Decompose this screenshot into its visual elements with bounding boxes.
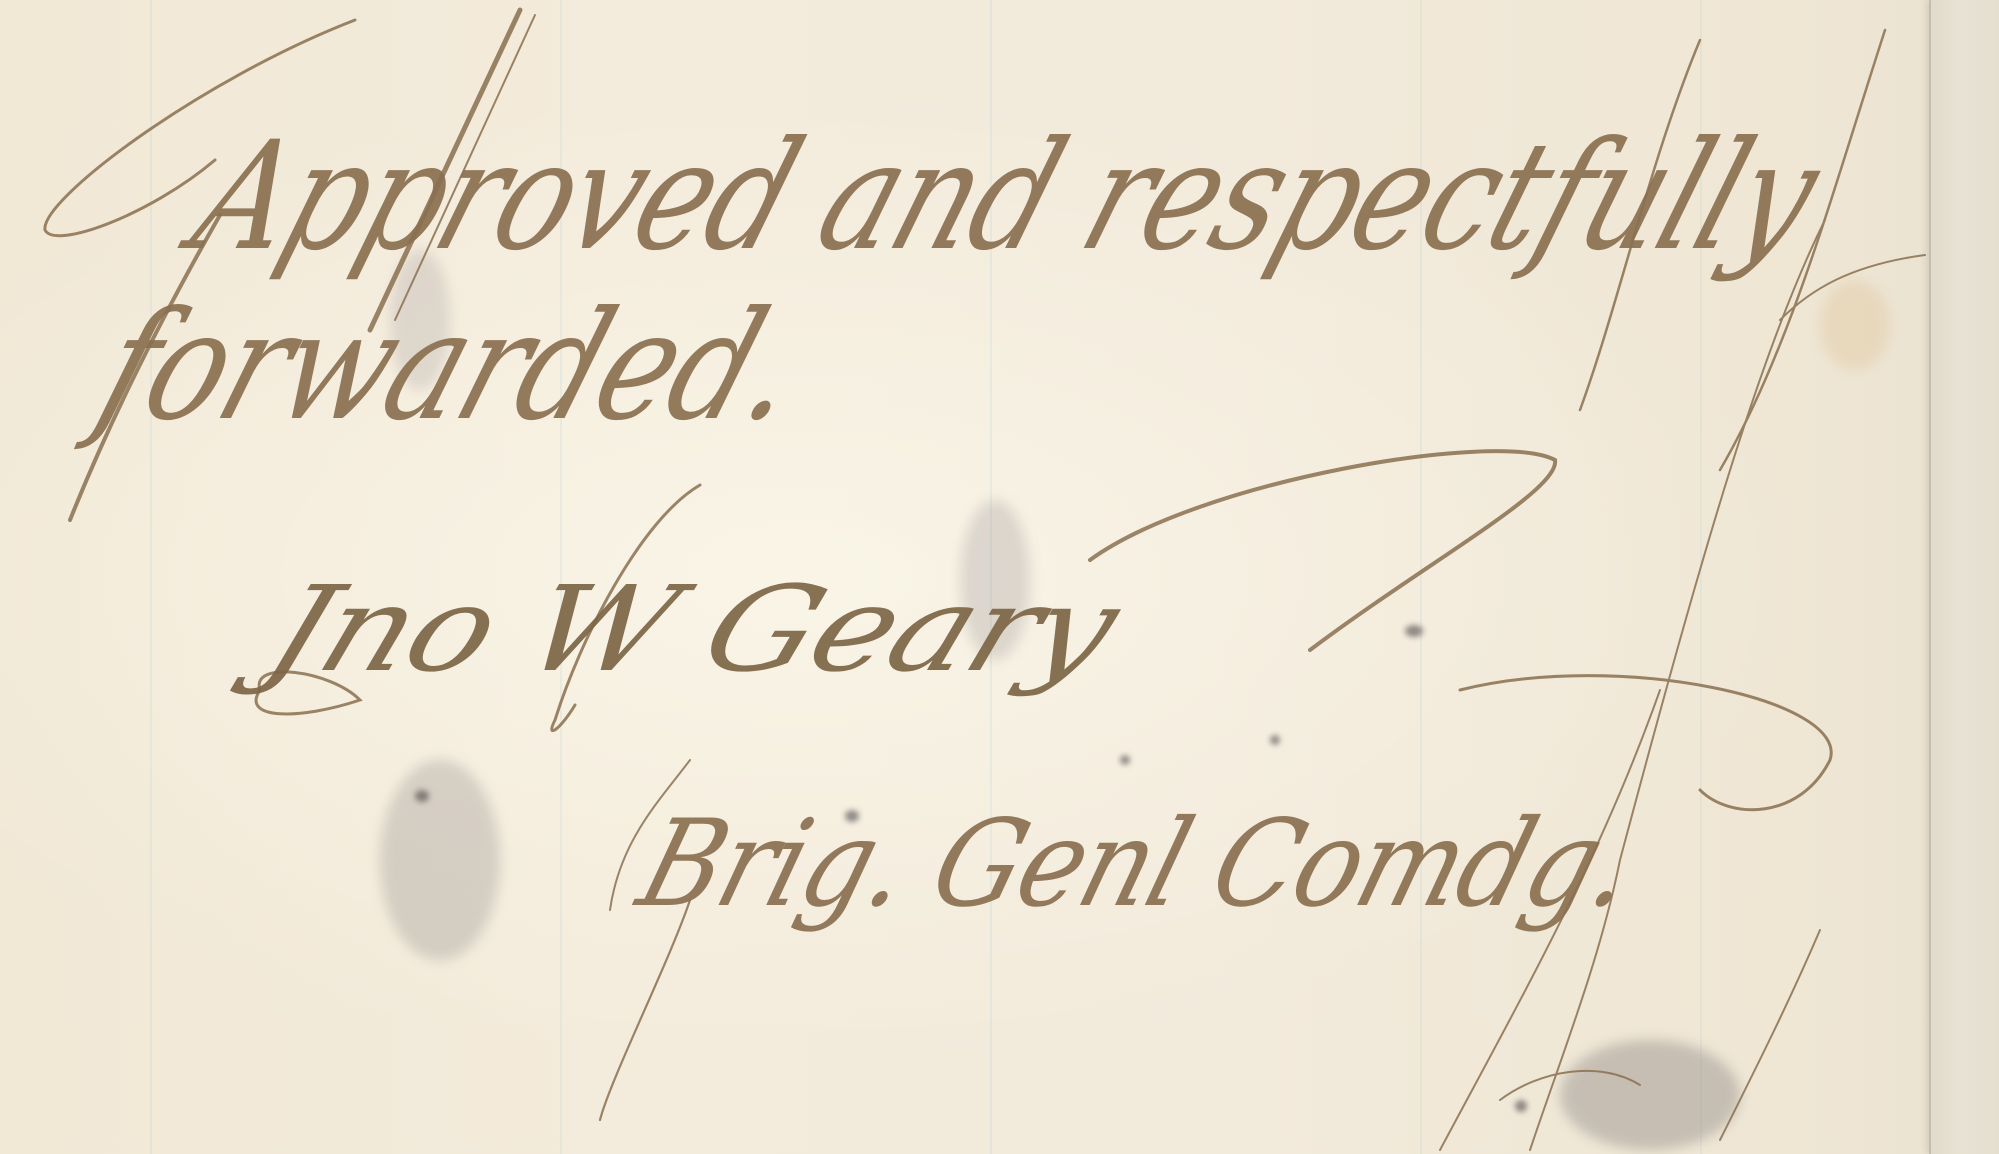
endorsement-line-2: forwarded. <box>80 280 822 454</box>
signature-name: Jno W Geary <box>250 560 1135 698</box>
endorsement-line-1: Approved and respectfully <box>175 110 1838 284</box>
adjacent-page-edge <box>1929 0 1999 1154</box>
handwritten-text-block: Approved and respectfully forwarded. Jno… <box>0 0 1999 1154</box>
signature-title: Brig. Genl Comdg. <box>625 795 1649 934</box>
manuscript-page: Approved and respectfully forwarded. Jno… <box>0 0 1999 1154</box>
